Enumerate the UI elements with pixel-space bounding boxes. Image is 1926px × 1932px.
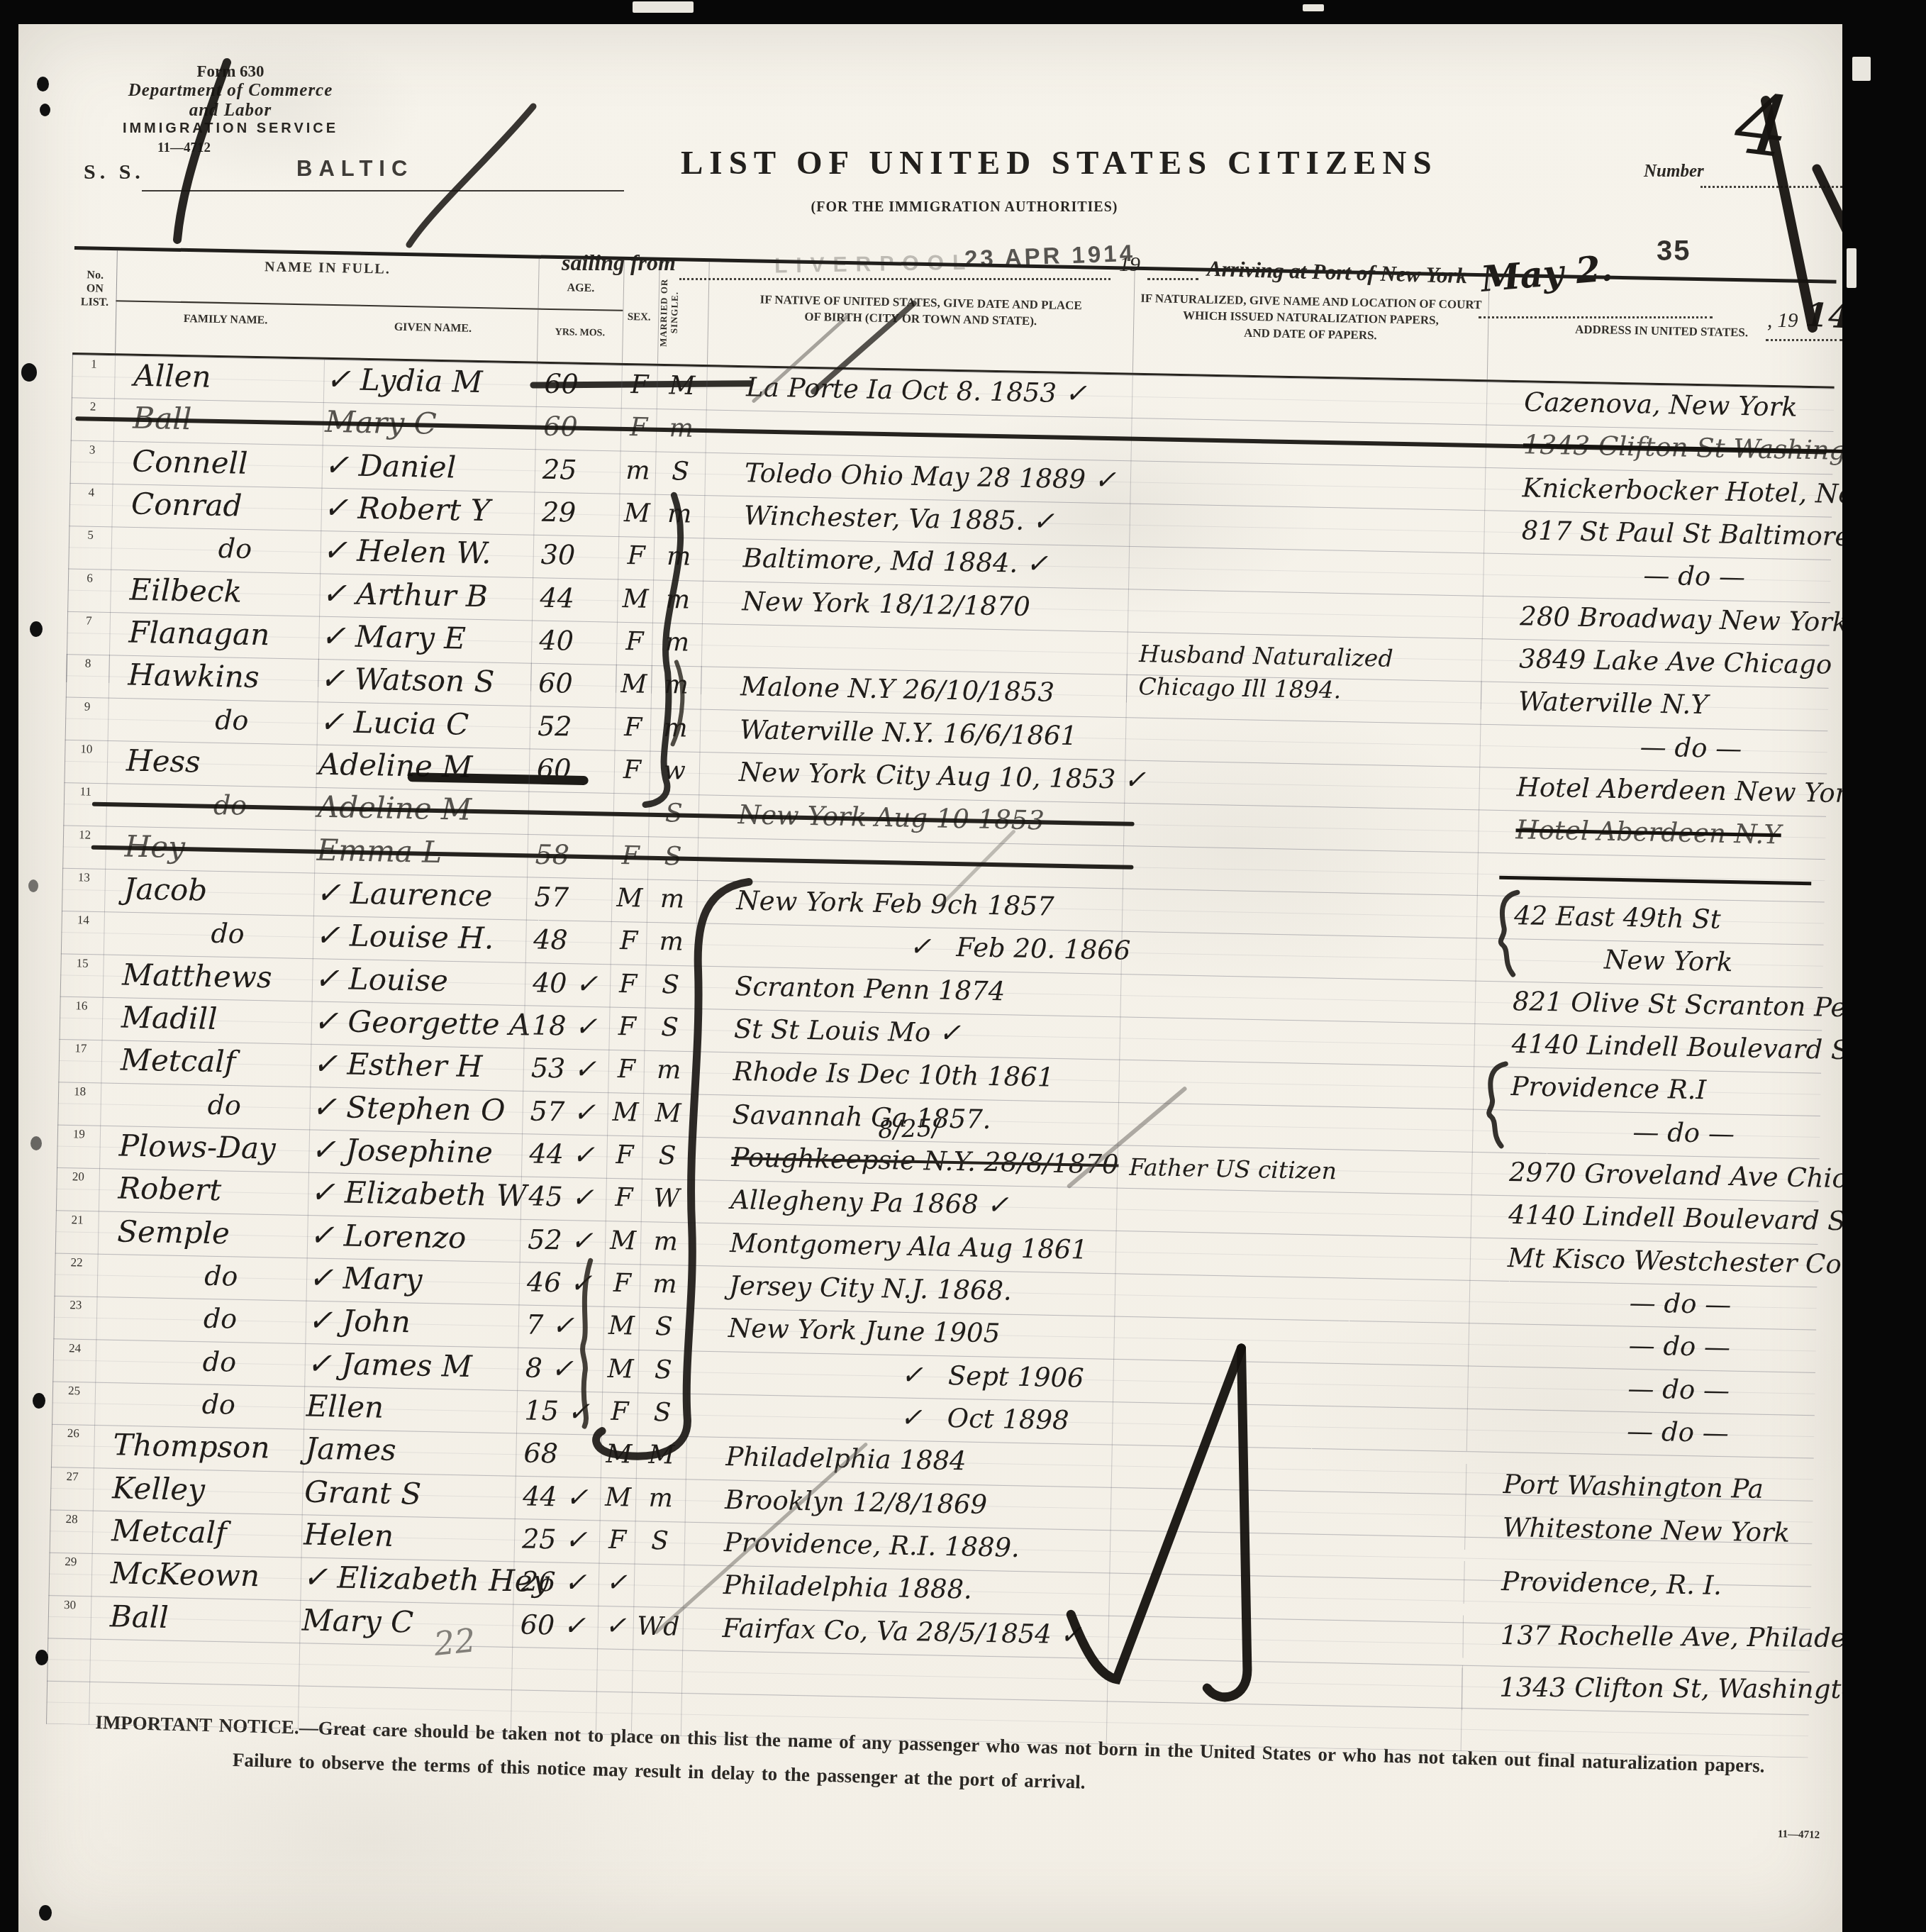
header-name-in-full: NAME IN FULL. [116, 256, 538, 280]
married-single-value: S [644, 1008, 694, 1052]
naturalization-value [1116, 1188, 1471, 1238]
married-single-value [631, 1692, 681, 1736]
given-name-value: ✓ Lydia M [323, 360, 537, 406]
punch-hole [28, 879, 38, 892]
age-value: 52 ✓ [520, 1219, 606, 1264]
married-single-value: M [636, 1436, 686, 1479]
age-value: 8 ✓ [517, 1348, 603, 1392]
header-family-name: FAMILY NAME. [126, 311, 325, 328]
given-name-value: ✓ Arthur B [319, 573, 533, 620]
family-name-value: Matthews [103, 955, 313, 1001]
given-name-value: ✓ James M [304, 1343, 518, 1390]
naturalization-value [1118, 1060, 1474, 1109]
address-value: 4140 Lindell Boulevard St Louis [1471, 1194, 1819, 1244]
family-name-value: Connell [113, 441, 323, 488]
header-sex: SEX. [619, 311, 659, 324]
family-name-value: Hey [105, 826, 315, 873]
address-value [1462, 1665, 1810, 1715]
sex-value: M [600, 1477, 636, 1521]
ship-name: BALTIC [296, 156, 413, 182]
row-number: 15 [60, 953, 104, 996]
address-value: New York [1475, 938, 1823, 987]
sex-value: M [617, 579, 653, 622]
sex-value: F [618, 536, 654, 579]
age-value: 48 [525, 920, 611, 965]
married-single-value: S [634, 1521, 684, 1565]
row-number: 2 [71, 397, 114, 440]
age-value: 15 ✓ [516, 1390, 602, 1435]
sex-value: F [606, 1136, 642, 1179]
doc-code: 11—4712 [157, 140, 211, 156]
given-name-value: Mary C [323, 402, 536, 449]
married-single-value: S [638, 1350, 688, 1394]
page-subtitle: (FOR THE IMMIGRATION AUTHORITIES) [681, 199, 1248, 216]
married-single-value: M [642, 1093, 693, 1137]
naturalization-value: Father US citizen [1117, 1145, 1472, 1194]
age-value [511, 1647, 597, 1692]
given-name-value: ✓ Helen W. [320, 531, 533, 577]
age-value: 52 [530, 706, 616, 750]
service-name: IMMIGRATION SERVICE [113, 121, 347, 137]
punch-hole [30, 1136, 42, 1150]
age-value: 53 ✓ [523, 1048, 608, 1093]
family-name-value: Metcalf [92, 1511, 302, 1558]
given-name-value: ✓ Georgette A [311, 1001, 524, 1048]
birthplace-value: Poughkeepsie N.Y. 28/8/1870 [691, 1137, 1118, 1188]
married-single-value: W [641, 1179, 691, 1223]
header-no-on-list: No. ON LIST. [73, 268, 116, 309]
naturalization-value [1108, 1573, 1464, 1623]
married-single-value: m [643, 1050, 694, 1094]
header-given-name: GIVEN NAME. [332, 320, 534, 336]
row-number: 19 [57, 1125, 100, 1168]
header-address: ADDRESS IN UNITED STATES. [1488, 321, 1835, 341]
married-single-value: m [647, 879, 697, 923]
age-value: 18 ✓ [523, 1005, 609, 1050]
sex-value: M [611, 879, 647, 922]
age-value: 44 [532, 577, 618, 622]
page-title: LIST OF UNITED STATES CITIZENS [681, 144, 1248, 182]
naturalization-value [1109, 1530, 1464, 1580]
family-name-value: Robert [99, 1168, 308, 1215]
sex-value [596, 1692, 632, 1735]
sex-value: F [601, 1392, 638, 1435]
age-value: 60 [528, 748, 614, 793]
age-value: 58 [527, 834, 613, 879]
sex-value [596, 1648, 633, 1692]
married-single-value: m [656, 409, 706, 453]
given-name-value: Adeline M [315, 787, 528, 834]
row-number: 23 [53, 1296, 96, 1339]
row-number: 13 [62, 868, 105, 911]
row-number: 30 [48, 1595, 91, 1638]
header-divider [115, 250, 118, 353]
given-name-value: Ellen [304, 1386, 517, 1433]
birthplace-value [697, 838, 1123, 889]
age-value: 60 [535, 406, 621, 451]
sex-value: ✓ [597, 1606, 633, 1649]
age-value: 44 ✓ [521, 1133, 607, 1178]
row-number: 26 [51, 1424, 94, 1467]
row-number: 12 [62, 825, 106, 868]
age-value: 25 [534, 449, 620, 494]
row-number: 20 [56, 1167, 99, 1211]
family-name-value: Madill [102, 997, 312, 1044]
given-name-value: ✓ Josephine [308, 1129, 522, 1176]
age-value [511, 1689, 596, 1734]
naturalization-value [1113, 1316, 1469, 1366]
naturalization-value [1130, 418, 1486, 467]
sex-value: F [621, 365, 657, 409]
birthplace-value: Waterville N.Y. 16/6/1861 [699, 709, 1125, 760]
address-value: 2970 Groveland Ave Chicago [1471, 1152, 1820, 1201]
married-single-value: Wd [633, 1606, 683, 1650]
row-number: 14 [61, 911, 104, 954]
given-name-value: ✓ Louise [312, 958, 525, 1005]
row-number: 10 [64, 740, 107, 783]
given-name-value: ✓ Esther H [310, 1044, 523, 1091]
scan-border-left [0, 0, 18, 1932]
naturalization-value [1126, 674, 1481, 724]
row-number: 11 [63, 782, 106, 826]
address-value [1461, 1708, 1809, 1758]
department-name: Department of Commerce and Labor [113, 81, 347, 121]
naturalization-value [1123, 845, 1478, 895]
given-name-value: ✓ Daniel [322, 445, 535, 492]
naturalization-value [1128, 546, 1484, 596]
row-number: 25 [52, 1382, 95, 1425]
naturalization-value [1129, 504, 1484, 553]
family-name-value: do [95, 1339, 305, 1386]
birthplace-value [706, 409, 1132, 460]
naturalization-value [1122, 888, 1477, 938]
address-value: — do — [1467, 1366, 1815, 1416]
family-name-value: do [96, 1297, 306, 1343]
married-single-value: m [639, 1264, 689, 1308]
sex-value: F [599, 1520, 635, 1563]
family-name-value: do [97, 1254, 307, 1301]
sex-value: M [602, 1349, 638, 1392]
married-single-value: M [657, 366, 707, 410]
row-number [46, 1681, 89, 1724]
punch-hole [33, 1393, 45, 1409]
sex-value: F [614, 707, 650, 750]
naturalization-value [1123, 803, 1479, 853]
address-value: — do — [1472, 1109, 1820, 1159]
sex-value: F [620, 408, 657, 451]
age-value: 40 ✓ [525, 962, 611, 1007]
sex-value: F [608, 1007, 645, 1050]
scan-speck [633, 1, 694, 13]
punch-hole [37, 77, 49, 91]
given-name-value: James [303, 1429, 516, 1476]
address-value: Providence R.I [1473, 1066, 1821, 1116]
row-number: 28 [50, 1510, 93, 1553]
family-name-value: do [108, 698, 318, 745]
scan-border-top [0, 0, 1926, 24]
sex-value [613, 793, 649, 836]
row-number: 21 [55, 1210, 99, 1253]
naturalization-value [1107, 1658, 1462, 1708]
family-name-value: do [104, 911, 313, 958]
sex-value: F [610, 964, 646, 1007]
scan-speck [1303, 4, 1324, 11]
address-value: 4140 Lindell Boulevard St Louis [1474, 1023, 1822, 1073]
scan-border-right [1842, 0, 1926, 1932]
row-number [47, 1638, 90, 1681]
given-name-value: ✓ Watson S [318, 659, 531, 706]
header-native-birth: IF NATIVE OF UNITED STATES, GIVE DATE AN… [708, 290, 1134, 331]
given-name-value: ✓ Louise H. [313, 916, 526, 962]
row-number: 1 [72, 355, 115, 398]
birthplace-value: Philadelphia 1884 [686, 1436, 1112, 1487]
age-value [528, 792, 613, 836]
naturalization-value [1113, 1359, 1468, 1409]
manifest-table: No. ON LIST. NAME IN FULL. FAMILY NAME. … [46, 246, 1837, 1758]
form-info: Form 630 Department of Commerce and Labo… [113, 62, 347, 137]
punch-hole [30, 621, 43, 637]
naturalization-value [1125, 717, 1480, 767]
age-value: 68 [516, 1433, 601, 1477]
row-number: 3 [70, 440, 113, 484]
address-value: — do — [1469, 1280, 1817, 1330]
row-number: 29 [48, 1553, 91, 1596]
sex-value: M [601, 1435, 637, 1478]
address-value: 280 Broadway New York [1482, 596, 1830, 645]
bottom-code: 11—4712 [1777, 1817, 1820, 1853]
married-single-value: S [647, 836, 698, 880]
married-single-value: S [655, 451, 705, 495]
punch-hole [39, 1905, 52, 1921]
given-name-value: ✓ Elizabeth W [308, 1172, 521, 1219]
family-name-value [89, 1639, 299, 1686]
sex-value: M [605, 1221, 641, 1264]
age-value: 30 [533, 535, 618, 579]
family-name-value: Semple [98, 1211, 308, 1258]
family-name-value: Ball [113, 398, 323, 445]
family-name-value: Eilbeck [110, 570, 320, 616]
naturalization-value [1128, 589, 1483, 638]
number-label: Number [1644, 162, 1704, 182]
married-single-value: m [646, 922, 696, 966]
row-number: 9 [65, 697, 108, 740]
married-single-value [633, 1564, 684, 1608]
given-name-value: Helen [301, 1514, 515, 1561]
birthplace-value: Baltimore, Md 1884. ✓ [703, 538, 1129, 589]
sex-value: F [606, 1178, 642, 1221]
family-name-value: do [111, 526, 321, 573]
given-name-value: ✓ John [305, 1301, 518, 1348]
address-value [1477, 853, 1825, 902]
header-married-or-single: MARRIED OR SINGLE. [657, 265, 709, 360]
age-value: 26 ✓ [513, 1561, 599, 1606]
row-number: 22 [55, 1253, 98, 1297]
naturalization-value [1118, 1102, 1473, 1152]
punch-hole [40, 104, 50, 116]
naturalization-value [1132, 375, 1487, 425]
sex-value: M [616, 665, 652, 708]
given-name-value: Adeline M [316, 745, 529, 792]
married-single-value: m [652, 579, 703, 623]
row-number: 24 [52, 1338, 96, 1382]
family-name-value: Hawkins [108, 655, 318, 701]
married-single-value: S [638, 1307, 689, 1351]
sex-value: M [603, 1306, 639, 1350]
row-number: 4 [69, 483, 112, 526]
age-value: 46 ✓ [518, 1262, 604, 1306]
married-single-value: m [635, 1478, 686, 1522]
age-value: 60 [530, 663, 616, 708]
married-single-value: m [651, 665, 701, 709]
age-value: 60 [536, 364, 622, 409]
family-name-value: McKeown [91, 1553, 301, 1600]
naturalization-value [1110, 1487, 1466, 1537]
married-single-value: m [653, 537, 703, 581]
manifest-rows: 1 Allen ✓ Lydia M 60 F M La Porte Ia Oct… [46, 355, 1835, 1758]
address-value: 42 East 49th St [1476, 895, 1825, 945]
ss-label: S. S. [84, 160, 145, 184]
naturalization-value [1121, 931, 1476, 981]
sex-value: F [603, 1264, 640, 1307]
given-name-value: ✓ Lorenzo [307, 1215, 521, 1262]
sex-value: m [619, 450, 655, 494]
family-name-value: Conrad [111, 484, 321, 531]
address-value: — do — [1483, 553, 1831, 603]
married-single-value: m [650, 708, 700, 752]
header-yrs-mos: YRS. MOS. [533, 326, 628, 340]
address-value: — do — [1479, 724, 1827, 774]
row-number: 8 [66, 654, 109, 697]
family-name-value: do [94, 1382, 304, 1429]
given-name-value: ✓ Stephen O [309, 1087, 523, 1133]
naturalization-value [1119, 1016, 1474, 1066]
age-value: 57 ✓ [522, 1091, 608, 1136]
naturalization-value [1112, 1401, 1467, 1451]
sheet-number-stamp: 35 [1657, 235, 1691, 267]
family-name-value: Ball [90, 1596, 300, 1643]
sex-value: ✓ [598, 1563, 634, 1606]
address-value: 821 Olive St Scranton Penn [1474, 981, 1822, 1031]
family-name-value: Metcalf [101, 1040, 311, 1087]
naturalization-value [1130, 460, 1485, 510]
row-number: 16 [60, 996, 103, 1040]
given-name-value: Emma L [314, 830, 528, 877]
sex-value: F [608, 1050, 644, 1093]
family-name-value: Plows-Day [99, 1126, 309, 1172]
given-name-value: ✓ Elizabeth Hey [300, 1558, 513, 1604]
given-name-value: Grant S [302, 1472, 516, 1519]
given-name-value [298, 1686, 511, 1733]
header-naturalized: IF NATURALIZED, GIVE NAME AND LOCATION O… [1133, 290, 1488, 346]
address-value: 817 St Paul St Baltimore [1484, 510, 1832, 560]
family-name-value: Kelley [93, 1467, 303, 1514]
address-value: Waterville N.Y [1480, 681, 1828, 731]
address-value: — do — [1466, 1409, 1815, 1458]
married-single-value: S [637, 1392, 687, 1436]
birthplace-value [681, 1693, 1107, 1744]
age-value: 25 ✓ [514, 1519, 600, 1563]
given-name-value [299, 1643, 512, 1689]
given-name-value: ✓ Robert Y [321, 488, 534, 535]
address-value: Hotel Aberdeen New York [1479, 767, 1827, 816]
sex-value: M [607, 1092, 643, 1136]
address-value: 1343 Clifton St Washington D.C [1485, 425, 1833, 474]
age-value: 29 [533, 492, 619, 536]
married-single-value: S [642, 1136, 692, 1180]
given-name-value: ✓ Laurence [313, 873, 527, 920]
family-name-value: Thompson [94, 1425, 304, 1472]
address-value: Cazenova, New York [1486, 382, 1835, 431]
naturalization-value [1111, 1445, 1466, 1494]
row-number: 18 [57, 1082, 101, 1125]
family-name-value: Hess [106, 740, 316, 787]
given-name-value: Mary C [299, 1600, 513, 1647]
form-number: Form 630 [113, 62, 347, 81]
number-line [1700, 186, 1842, 188]
scan-speck [1847, 248, 1857, 288]
address-value: Mt Kisco Westchester Co N.Y. [1469, 1238, 1818, 1287]
family-name-value: Allen [114, 355, 324, 402]
sex-value: F [613, 750, 650, 794]
family-name-value: do [100, 1083, 310, 1130]
naturalization-value [1108, 1616, 1463, 1665]
married-single-value [632, 1649, 682, 1693]
row-number: 5 [68, 526, 111, 569]
naturalization-value [1120, 974, 1475, 1023]
married-single-value: w [649, 751, 699, 795]
sex-value: F [612, 835, 648, 879]
naturalization-value [1106, 1701, 1462, 1750]
married-single-value: S [648, 794, 698, 838]
address-value: Hotel Aberdeen N.Y [1478, 809, 1826, 859]
married-single-value: m [640, 1221, 691, 1265]
age-value: 57 [526, 877, 612, 921]
punch-hole [35, 1650, 48, 1665]
family-name-value [89, 1682, 299, 1728]
age-value: 44 ✓ [515, 1476, 601, 1521]
row-number: 17 [58, 1039, 101, 1082]
header-subrule [116, 300, 623, 311]
address-value: Knickerbocker Hotel, New York [1484, 467, 1832, 517]
family-name-value: do [106, 783, 316, 830]
age-value: 7 ✓ [518, 1305, 603, 1350]
header-age: AGE. [538, 282, 623, 296]
address-value: — do — [1468, 1323, 1816, 1372]
given-name-value: ✓ Mary [306, 1258, 520, 1304]
sex-value: M [618, 494, 655, 537]
vessel-rule [142, 190, 624, 191]
age-value: 45 ✓ [521, 1177, 606, 1221]
married-single-value: m [654, 494, 704, 538]
married-single-value: S [645, 965, 696, 1009]
family-name-value: Jacob [104, 869, 314, 916]
naturalization-value [1114, 1273, 1469, 1323]
sex-value: F [611, 921, 647, 965]
row-number: 27 [50, 1467, 94, 1510]
row-number: 6 [67, 569, 111, 612]
given-name-value: ✓ Lucia C [317, 701, 530, 748]
age-value: 60 ✓ [512, 1604, 598, 1649]
punch-hole [21, 363, 37, 382]
scan-speck [1852, 57, 1871, 81]
naturalization-value [1115, 1231, 1470, 1280]
naturalization-value [1124, 760, 1479, 810]
